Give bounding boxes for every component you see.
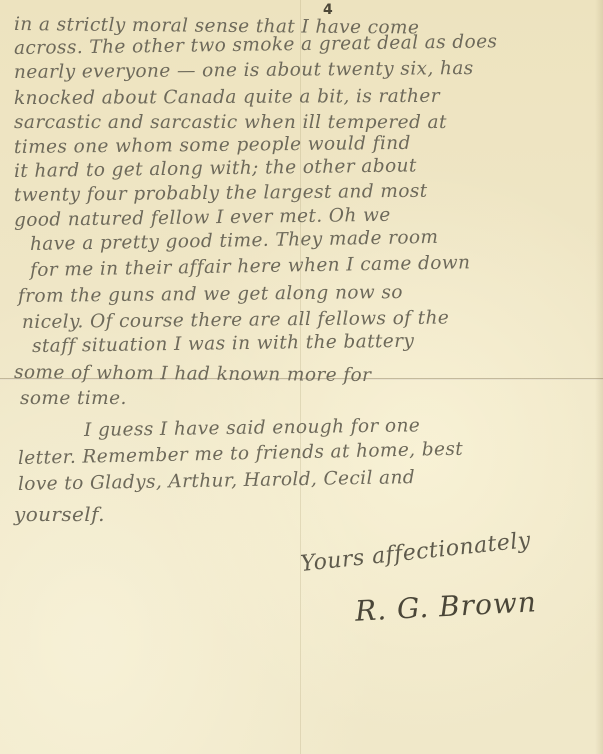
letter-page: 4 in a strictly moral sense that I have … (0, 0, 603, 754)
letter-line: letter. Remember me to friends at home, … (18, 439, 464, 469)
letter-closing: Yours affectionately (299, 528, 532, 577)
letter-line: some of whom I had known more for (14, 362, 371, 386)
letter-line: I guess I have said enough for one (84, 415, 420, 441)
letter-line: good natured fellow I ever met. Oh we (14, 205, 391, 231)
letter-line: love to Gladys, Arthur, Harold, Cecil an… (18, 467, 415, 495)
letter-line: nicely. Of course there are all fellows … (22, 308, 449, 333)
letter-line: times one whom some people would find (14, 133, 411, 158)
letter-line: yourself. (14, 502, 105, 526)
letter-line: for me in their affair here when I came … (30, 252, 471, 281)
letter-line: staff situation I was in with the batter… (32, 331, 415, 357)
letter-line: nearly everyone — one is about twenty si… (14, 58, 474, 83)
letter-line: have a pretty good time. They made room (30, 227, 439, 255)
letter-line: sarcastic and sarcastic when ill tempere… (14, 112, 447, 133)
letter-signature: R. G. Brown (354, 585, 537, 627)
letter-line: twenty four probably the largest and mos… (14, 181, 428, 206)
letter-line: from the guns and we get along now so (18, 282, 403, 307)
letter-line: it hard to get along with; the other abo… (14, 155, 417, 182)
paper-edge-shadow (595, 0, 603, 754)
page-number: 4 (323, 2, 333, 18)
letter-line: knocked about Canada quite a bit, is rat… (14, 86, 440, 109)
letter-line: some time. (20, 388, 127, 409)
